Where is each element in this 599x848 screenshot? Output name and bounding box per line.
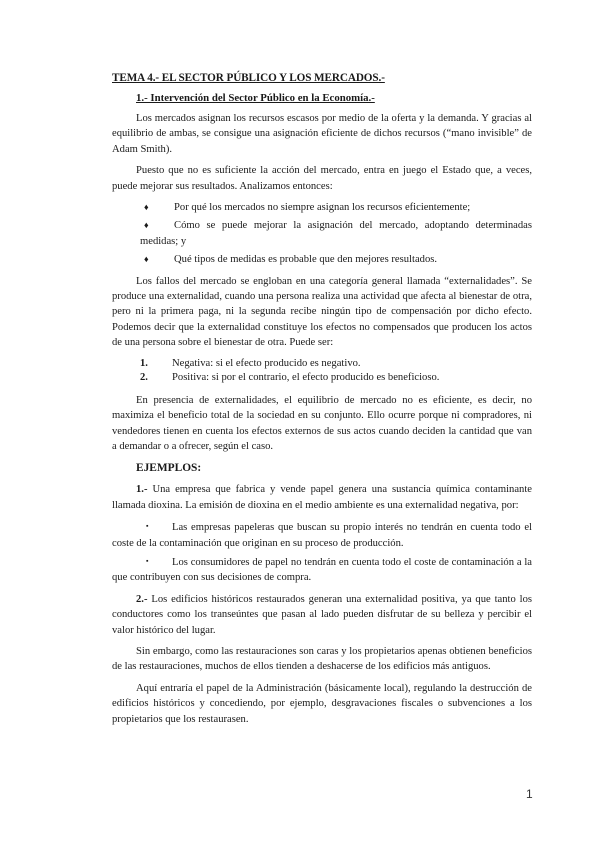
list-number: 1. [140, 357, 148, 371]
example-paragraph: 1.- Una empresa que fabrica y vende pape… [112, 482, 532, 513]
list-item-text: Qué tipos de medidas es probable que den… [174, 254, 437, 265]
paragraph: En presencia de externalidades, el equil… [112, 393, 532, 455]
list-item: ▪Los consumidores de papel no tendrán en… [112, 554, 532, 586]
paragraph: Aquí entraría el papel de la Administrac… [112, 681, 532, 727]
list-number: 2. [140, 371, 148, 385]
example-number: 1.- [136, 484, 147, 495]
list-item-text: Las empresas papeleras que buscan su pro… [112, 522, 532, 548]
paragraph: Los fallos del mercado se engloban en un… [112, 274, 532, 351]
paragraph: Puesto que no es suficiente la acción de… [112, 163, 532, 194]
list-item: ♦Cómo se puede mejorar la asignación del… [112, 218, 532, 249]
diamond-bullet-list: ♦Por qué los mercados no siempre asignan… [112, 200, 532, 268]
square-bullet-list: ▪Las empresas papeleras que buscan su pr… [112, 519, 532, 586]
list-item-text: Por qué los mercados no siempre asignan … [174, 202, 470, 213]
list-item-text: Cómo se puede mejorar la asignación del … [140, 220, 532, 246]
list-item: 2.Positiva: si por el contrario, el efec… [112, 371, 532, 385]
paragraph: Sin embargo, como las restauraciones son… [112, 644, 532, 675]
example-paragraph: 2.- Los edificios históricos restaurados… [112, 592, 532, 638]
list-item: 1.Negativa: si el efecto producido es ne… [112, 357, 532, 371]
list-item: ♦Por qué los mercados no siempre asignan… [112, 200, 532, 215]
list-item: ♦Qué tipos de medidas es probable que de… [112, 252, 532, 267]
list-item: ▪Las empresas papeleras que buscan su pr… [112, 519, 532, 551]
section-heading: 1.- Intervención del Sector Público en l… [136, 90, 532, 106]
paragraph: Los mercados asignan los recursos escaso… [112, 111, 532, 157]
document-body: TEMA 4.- EL SECTOR PÚBLICO Y LOS MERCADO… [112, 70, 532, 733]
list-item-text: Positiva: si por el contrario, el efecto… [172, 372, 439, 383]
examples-heading: EJEMPLOS: [136, 460, 532, 476]
document-title: TEMA 4.- EL SECTOR PÚBLICO Y LOS MERCADO… [112, 70, 532, 86]
example-text: Una empresa que fabrica y vende papel ge… [112, 484, 532, 510]
example-number: 2.- [136, 594, 147, 605]
list-item-text: Los consumidores de papel no tendrán en … [112, 557, 532, 583]
document-page: TEMA 4.- EL SECTOR PÚBLICO Y LOS MERCADO… [0, 0, 599, 848]
list-item-text: Negativa: si el efecto producido es nega… [172, 358, 361, 369]
page-number: 1 [526, 787, 533, 801]
example-text: Los edificios históricos restaurados gen… [112, 594, 532, 636]
numbered-list: 1.Negativa: si el efecto producido es ne… [112, 357, 532, 385]
